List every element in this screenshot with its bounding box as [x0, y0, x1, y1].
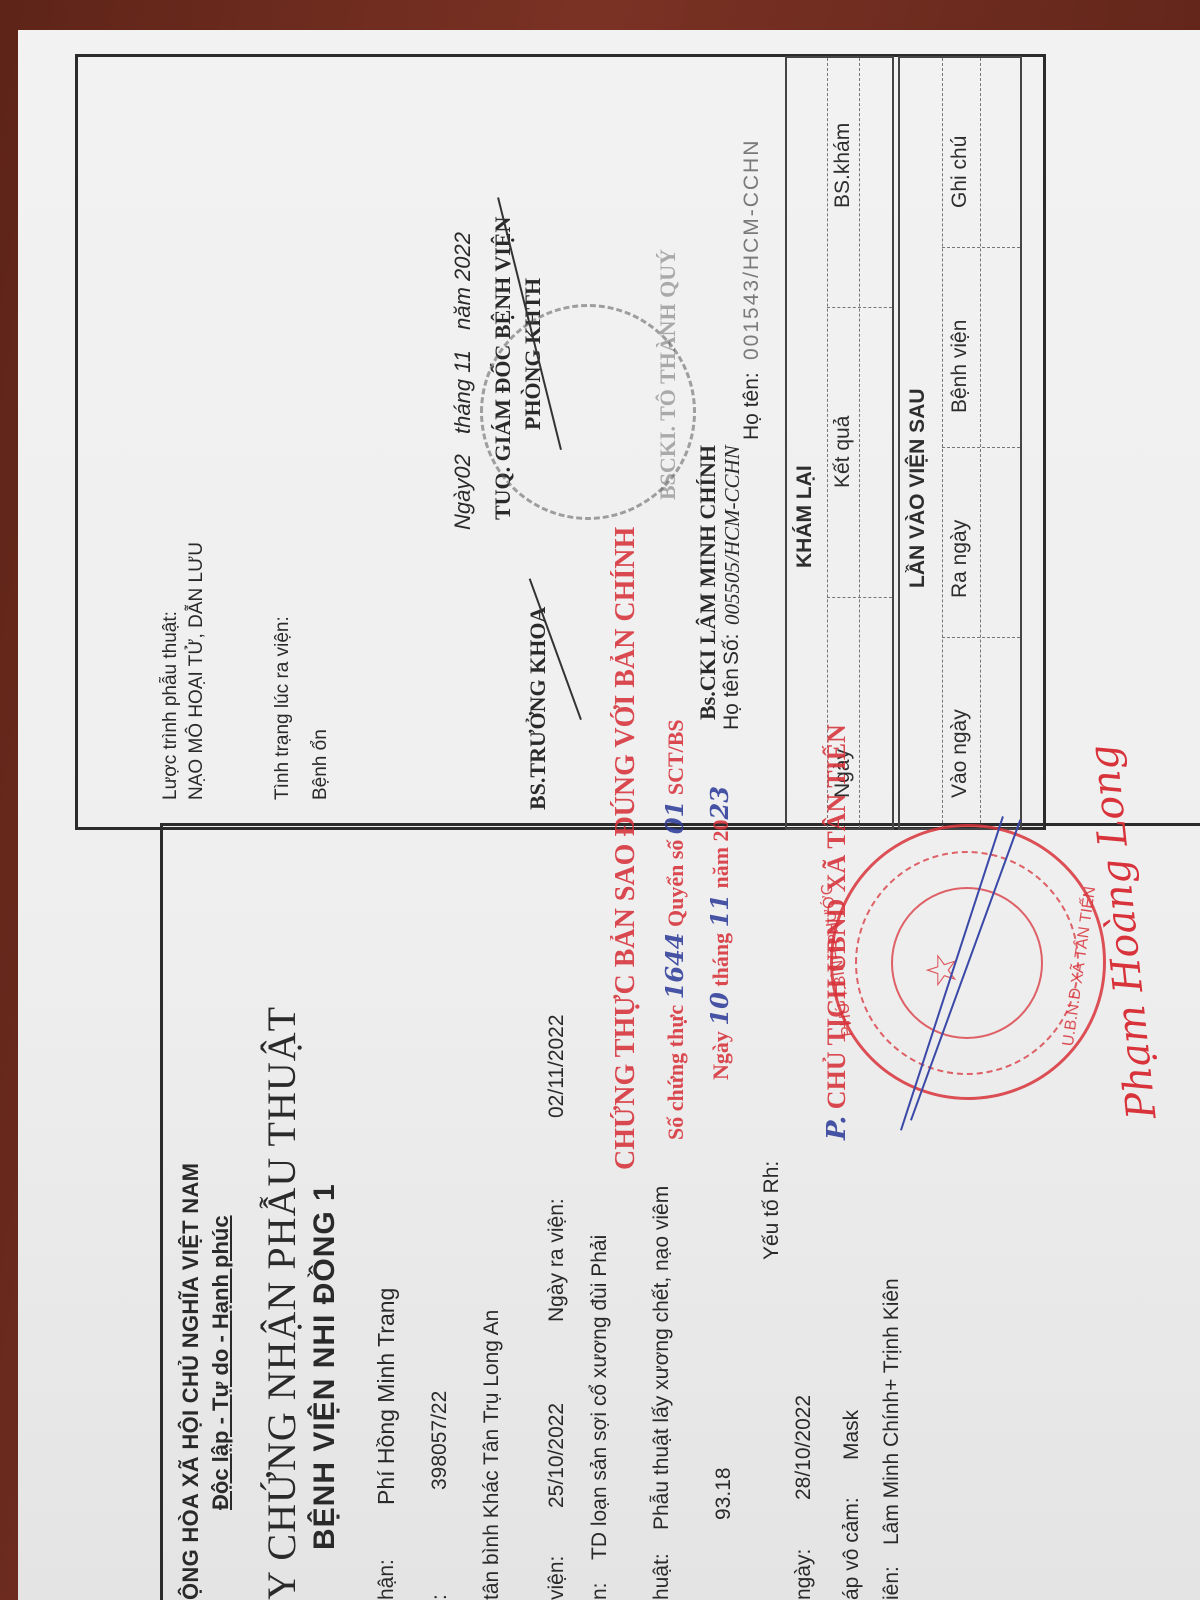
discharge-date: 02/11/2022 [545, 1014, 569, 1118]
department-head-title: BS.TRƯỞNG KHOA [525, 607, 551, 810]
procedure-value: NẠO MÔ HOẠI TỬ, DẪN LƯU [186, 542, 208, 800]
cert-book-label: Quyển số [663, 840, 688, 927]
readmission-col-in: Vào ngày [948, 709, 972, 798]
sign-date: Ngày02 tháng 11 năm 2022 [450, 232, 476, 530]
patient-name: Phí Hồng Minh Trang [373, 1288, 400, 1505]
on-behalf-prefix: P. [822, 1116, 852, 1140]
year-value: 2022 [450, 232, 475, 281]
month-label: tháng [450, 379, 475, 434]
certification-stamp-line3: Ngày 10 tháng 11 năm 2023 [705, 786, 734, 1080]
discharge-date-label: Ngày ra viện: [545, 1198, 569, 1322]
diagnosis: TD loạn sản sợi cổ xương đùi Phải [588, 1235, 612, 1560]
document-photo: ỘNG HÒA XÃ HỘI CHỦ NGHĨA VIỆT NAM Độc lậ… [0, 0, 1200, 1600]
surgeons: Lâm Minh Chính+ Trịnh Kiên [880, 1278, 904, 1545]
recheck-col-doctor: BS.khám [831, 123, 855, 208]
director-license: 001543/HCM-CCHN [740, 139, 764, 360]
diagnosis-label: n: [588, 1582, 612, 1600]
cert-day-label: Ngày [708, 1031, 733, 1080]
department-head-license-label: Số: [720, 633, 744, 665]
cert-month-label: tháng [708, 933, 733, 987]
cert-number-label: Số chứng thực [663, 1005, 688, 1140]
record-id-label: : [428, 1594, 452, 1600]
readmission-title: LẦN VÀO VIỆN SAU [906, 388, 930, 588]
patient-label: hận: [375, 1559, 399, 1600]
cert-month-handwritten: 11 [705, 894, 734, 927]
readmission-col-hospital: Bệnh viện [948, 320, 972, 413]
certification-stamp-line2: Số chứng thực 1644 Quyển số 01 SCT/BS [660, 719, 689, 1140]
admit-date: 25/10/2022 [545, 1403, 569, 1508]
cert-number-handwritten: 1644 [660, 933, 689, 1000]
document-title: Y CHỨNG NHẬN PHẪU THUẬT [258, 1006, 305, 1600]
anesthesia-method: Mask [840, 1410, 864, 1460]
surgery-label: huật: [650, 1553, 674, 1600]
readmission-col-note: Ghi chú [948, 136, 972, 208]
day-value: 02 [450, 454, 475, 478]
cert-year-handwritten: 23 [705, 786, 734, 819]
department-head-license: 005505/HCM-CCHN [720, 445, 745, 625]
certification-stamp-line1: CHỨNG THỰC BẢN SAO ĐÚNG VỚI BẢN CHÍNH [610, 527, 642, 1170]
anesthesia-label: áp vô cảm: [840, 1497, 864, 1600]
surgery-date-label: ngày: [792, 1549, 816, 1600]
recheck-table: KHÁM LẠI Ngày Kết quả BS.khám [785, 56, 894, 830]
month-value: 11 [450, 350, 475, 373]
director-name-label: Họ tên: [740, 372, 764, 440]
cert-book-suffix: SCT/BS [663, 719, 688, 795]
rh-factor-label: Yếu tố Rh: [760, 1161, 784, 1260]
cert-book-handwritten: 01 [660, 801, 689, 834]
department-head-name: Bs.CKI LÂM MINH CHÍNH [695, 445, 721, 720]
surgeon-label: iên: [880, 1566, 904, 1600]
readmission-col-out: Ra ngày [948, 520, 972, 598]
surgery-method: Phẫu thuật lấy xương chết, nạo viêm [650, 1186, 674, 1530]
record-id: 398057/22 [428, 1391, 452, 1490]
hospital-name: BỆNH VIỆN NHI ĐỒNG 1 [308, 1183, 342, 1550]
department-head-name-label: Họ tên [720, 668, 744, 730]
procedure-code: 93.18 [712, 1467, 736, 1520]
national-header: ỘNG HÒA XÃ HỘI CHỦ NGHĨA VIỆT NAM [178, 1163, 204, 1600]
patient-address: tân bình Khác Tân Trụ Long An [480, 1310, 504, 1600]
discharge-status-label: Tình trạng lúc ra viện: [272, 616, 294, 800]
recheck-title: KHÁM LẠI [793, 465, 817, 568]
procedure-label: Lược trình phẫu thuật: [160, 611, 182, 800]
recheck-col-result: Kết quả [831, 416, 855, 488]
admit-date-label: viện: [545, 1556, 569, 1600]
national-motto: Độc lập - Tự do - Hạnh phúc [208, 1215, 234, 1510]
day-label: Ngày [450, 479, 475, 530]
surgery-date: 28/10/2022 [792, 1395, 816, 1500]
year-label: năm [450, 287, 475, 330]
hospital-seal [480, 304, 696, 520]
cert-day-handwritten: 10 [705, 992, 734, 1025]
discharge-status: Bệnh ổn [310, 729, 332, 800]
cert-year-label: năm 20 [708, 819, 733, 888]
readmission-table: LẦN VÀO VIỆN SAU Vào ngày Ra ngày Bệnh v… [898, 56, 1022, 830]
